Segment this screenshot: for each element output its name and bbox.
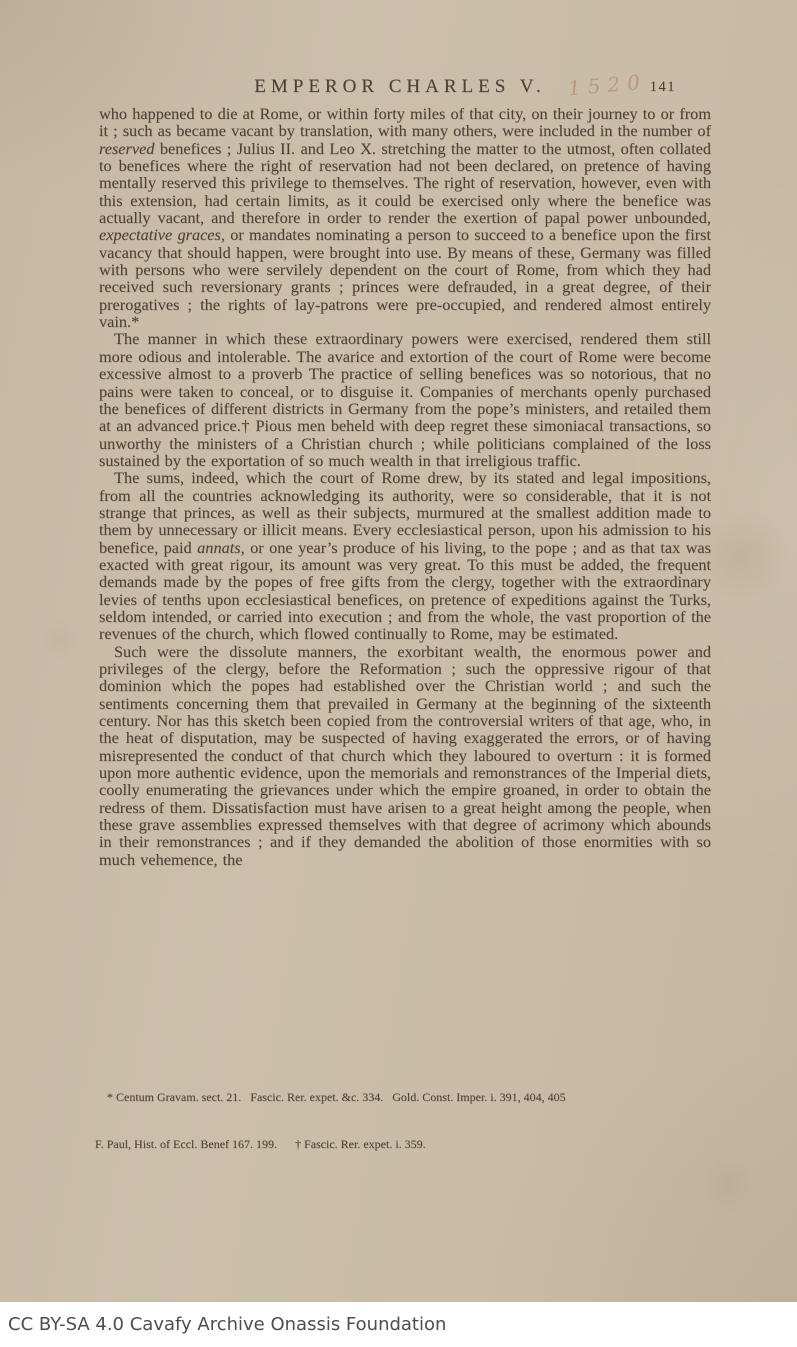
text-segment: who happened to die at Rome, or within f…	[99, 104, 711, 140]
paragraph: Such were the dissolute manners, the exo…	[99, 643, 711, 868]
handwritten-year-annotation: 1520	[567, 70, 648, 101]
footnote-line-2: F. Paul, Hist. of Eccl. Benef 167. 199. …	[95, 1137, 713, 1153]
book-page-scan: EMPEROR CHARLES V. 1520 141 who happened…	[0, 0, 797, 1302]
page-header-title: EMPEROR CHARLES V.	[254, 76, 546, 98]
license-bar: CC BY-SA 4.0 Cavafy Archive Onassis Foun…	[0, 1302, 797, 1347]
text-segment: The manner in which these extraordinary …	[99, 329, 711, 469]
paragraph: The manner in which these extraordinary …	[99, 330, 711, 469]
paragraph: The sums, indeed, which the court of Rom…	[99, 469, 711, 642]
footnotes: * Centum Gravam. sect. 21. Fascic. Rer. …	[95, 1059, 713, 1183]
text-segment: benefices ; Julius II. and Leo X. stretc…	[99, 139, 711, 227]
italic-term: expectative graces,	[99, 225, 225, 244]
page-number: 141	[650, 79, 676, 96]
footnote-line-1: * Centum Gravam. sect. 21. Fascic. Rer. …	[95, 1090, 713, 1106]
paragraph: who happened to die at Rome, or within f…	[99, 105, 711, 330]
page-body-text: who happened to die at Rome, or within f…	[99, 105, 711, 868]
italic-term: annats,	[197, 538, 245, 557]
screenshot-stage: EMPEROR CHARLES V. 1520 141 who happened…	[0, 0, 797, 1347]
running-head: EMPEROR CHARLES V. 1520 141	[90, 76, 710, 102]
italic-term: reserved	[99, 139, 154, 158]
license-text: CC BY-SA 4.0 Cavafy Archive Onassis Foun…	[8, 1314, 446, 1335]
text-segment: Such were the dissolute manners, the exo…	[99, 642, 711, 869]
